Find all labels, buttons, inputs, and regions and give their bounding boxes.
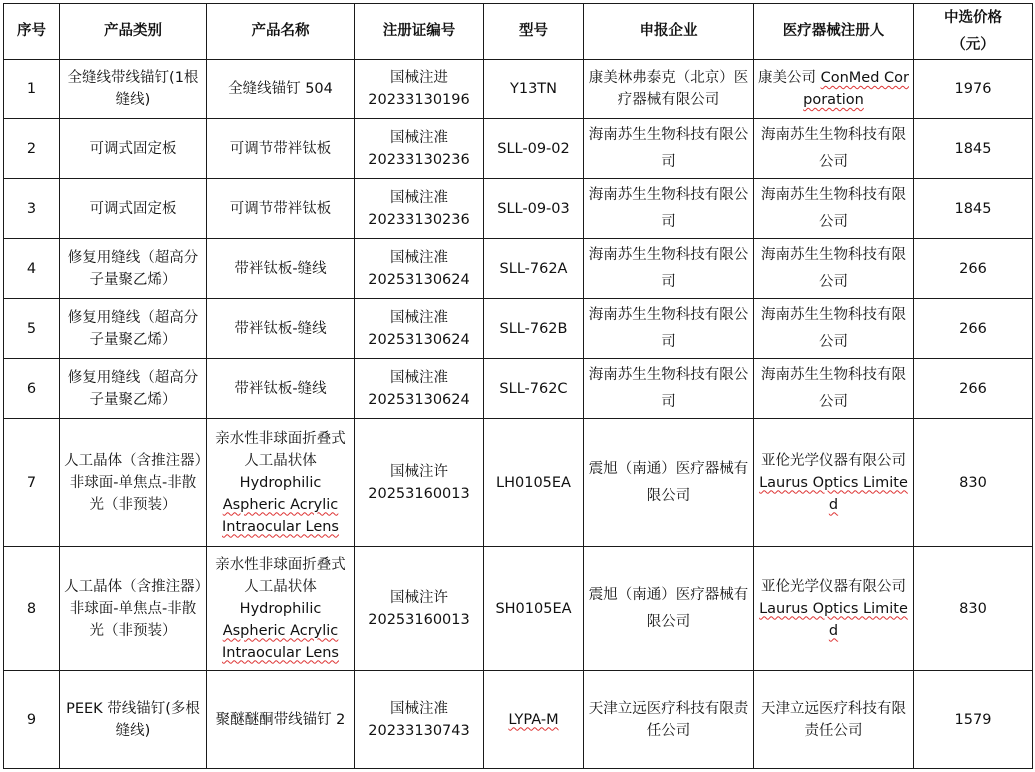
- cell-index: 7: [4, 419, 60, 547]
- cell-price: 1579: [914, 671, 1033, 769]
- header-index: 序号: [4, 4, 60, 60]
- model-value: LYPA-M: [508, 712, 558, 728]
- cell-product-name: 全缝线锚钉 504: [207, 60, 355, 119]
- cell-model: SLL-09-03: [484, 179, 584, 239]
- cell-category: 修复用缝线（超高分子量聚乙烯）: [60, 359, 207, 419]
- product-name-cn: 亲水性非球面折叠式人工晶状体: [211, 428, 350, 472]
- registrant-cn: 亚伦光学仪器有限公司: [758, 450, 909, 472]
- cell-registrant: 亚伦光学仪器有限公司 Laurus Optics Limited: [754, 419, 914, 547]
- cell-product-name: 可调节带袢钛板: [207, 119, 355, 179]
- header-price: 中选价格 （元）: [914, 4, 1033, 60]
- cell-reg-no: 国械注许 20253160013: [355, 419, 484, 547]
- cell-reg-no: 国械注准 20233130236: [355, 179, 484, 239]
- table-row: 3 可调式固定板 可调节带袢钛板 国械注准 20233130236 SLL-09…: [4, 179, 1033, 239]
- header-registrant: 医疗器械注册人: [754, 4, 914, 60]
- cell-product-name: 亲水性非球面折叠式人工晶状体 Hydrophilic Aspheric Acry…: [207, 419, 355, 547]
- cell-registrant: 亚伦光学仪器有限公司 Laurus Optics Limited: [754, 547, 914, 671]
- reg-no-number: 20233130236: [359, 149, 479, 171]
- cell-price: 266: [914, 239, 1033, 299]
- product-name-en-1: Hydrophilic: [211, 598, 350, 620]
- cell-product-name: 带袢钛板-缝线: [207, 359, 355, 419]
- cell-applicant: 震旭（南通）医疗器械有限公司: [584, 419, 754, 547]
- registrant-en: Laurus Optics Limited: [758, 598, 909, 642]
- reg-no-prefix: 国械注准: [359, 307, 479, 329]
- cell-registrant: 海南苏生生物科技有限公司: [754, 299, 914, 359]
- table-row: 2 可调式固定板 可调节带袢钛板 国械注准 20233130236 SLL-09…: [4, 119, 1033, 179]
- reg-no-prefix: 国械注准: [359, 187, 479, 209]
- cell-category: 全缝线带线锚钉(1根缝线): [60, 60, 207, 119]
- cell-applicant: 震旭（南通）医疗器械有限公司: [584, 547, 754, 671]
- reg-no-prefix: 国械注进: [359, 67, 479, 89]
- header-category: 产品类别: [60, 4, 207, 60]
- reg-no-prefix: 国械注许: [359, 587, 479, 609]
- cell-reg-no: 国械注进 20233130196: [355, 60, 484, 119]
- cell-category: PEEK 带线锚钉(多根缝线): [60, 671, 207, 769]
- cell-model: LYPA-M: [484, 671, 584, 769]
- cell-registrant: 海南苏生生物科技有限公司: [754, 179, 914, 239]
- cell-product-name: 亲水性非球面折叠式人工晶状体 Hydrophilic Aspheric Acry…: [207, 547, 355, 671]
- product-name-en-1: Hydrophilic: [211, 472, 350, 494]
- cell-model: Y13TN: [484, 60, 584, 119]
- product-name-en-3: Intraocular Lens: [211, 642, 350, 664]
- reg-no-prefix: 国械注准: [359, 127, 479, 149]
- cell-index: 2: [4, 119, 60, 179]
- reg-no-number: 20253160013: [359, 483, 479, 505]
- product-name-en-2: Aspheric Acrylic: [211, 620, 350, 642]
- header-row: 序号 产品类别 产品名称 注册证编号 型号 申报企业 医疗器械注册人 中选价格 …: [4, 4, 1033, 60]
- reg-no-number: 20253130624: [359, 389, 479, 411]
- cell-product-name: 聚醚醚酮带线锚钉 2: [207, 671, 355, 769]
- cell-price: 1845: [914, 119, 1033, 179]
- table-row: 9 PEEK 带线锚钉(多根缝线) 聚醚醚酮带线锚钉 2 国械注准 202331…: [4, 671, 1033, 769]
- cell-applicant: 海南苏生生物科技有限公司: [584, 119, 754, 179]
- cell-product-name: 带袢钛板-缝线: [207, 239, 355, 299]
- cell-price: 266: [914, 299, 1033, 359]
- header-reg-no: 注册证编号: [355, 4, 484, 60]
- cell-registrant: 海南苏生生物科技有限公司: [754, 239, 914, 299]
- table-row: 6 修复用缝线（超高分子量聚乙烯） 带袢钛板-缝线 国械注准 202531306…: [4, 359, 1033, 419]
- cell-model: SH0105EA: [484, 547, 584, 671]
- cell-model: LH0105EA: [484, 419, 584, 547]
- cell-applicant: 海南苏生生物科技有限公司: [584, 359, 754, 419]
- cell-applicant: 海南苏生生物科技有限公司: [584, 179, 754, 239]
- cell-model: SLL-09-02: [484, 119, 584, 179]
- registrant-cn: 亚伦光学仪器有限公司: [758, 576, 909, 598]
- product-name-en-2: Aspheric Acrylic: [211, 494, 350, 516]
- cell-applicant: 康美林弗泰克（北京）医疗器械有限公司: [584, 60, 754, 119]
- cell-price: 1845: [914, 179, 1033, 239]
- cell-product-name: 可调节带袢钛板: [207, 179, 355, 239]
- cell-model: SLL-762C: [484, 359, 584, 419]
- cell-category: 可调式固定板: [60, 179, 207, 239]
- cell-category: 修复用缝线（超高分子量聚乙烯）: [60, 299, 207, 359]
- cell-applicant: 天津立远医疗科技有限责任公司: [584, 671, 754, 769]
- cell-category: 人工晶体（含推注器）非球面-单焦点-非散光（非预装）: [60, 419, 207, 547]
- cell-category: 可调式固定板: [60, 119, 207, 179]
- header-model: 型号: [484, 4, 584, 60]
- product-name-cn: 亲水性非球面折叠式人工晶状体: [211, 554, 350, 598]
- reg-no-number: 20233130236: [359, 209, 479, 231]
- cell-reg-no: 国械注准 20233130743: [355, 671, 484, 769]
- reg-no-number: 20233130743: [359, 720, 479, 742]
- cell-reg-no: 国械注准 20253130624: [355, 299, 484, 359]
- cell-model: SLL-762A: [484, 239, 584, 299]
- cell-index: 5: [4, 299, 60, 359]
- reg-no-prefix: 国械注准: [359, 698, 479, 720]
- cell-index: 3: [4, 179, 60, 239]
- cell-applicant: 海南苏生生物科技有限公司: [584, 299, 754, 359]
- table-row: 1 全缝线带线锚钉(1根缝线) 全缝线锚钉 504 国械注进 202331301…: [4, 60, 1033, 119]
- cell-index: 1: [4, 60, 60, 119]
- cell-registrant: 天津立远医疗科技有限责任公司: [754, 671, 914, 769]
- cell-reg-no: 国械注准 20233130236: [355, 119, 484, 179]
- reg-no-number: 20253130624: [359, 329, 479, 351]
- cell-reg-no: 国械注许 20253160013: [355, 547, 484, 671]
- bid-results-table: 序号 产品类别 产品名称 注册证编号 型号 申报企业 医疗器械注册人 中选价格 …: [3, 3, 1033, 769]
- cell-model: SLL-762B: [484, 299, 584, 359]
- cell-registrant: 康美公司 ConMed Corporation: [754, 60, 914, 119]
- cell-price: 1976: [914, 60, 1033, 119]
- cell-category: 人工晶体（含推注器）非球面-单焦点-非散光（非预装）: [60, 547, 207, 671]
- cell-index: 6: [4, 359, 60, 419]
- product-name-en-3: Intraocular Lens: [211, 516, 350, 538]
- cell-index: 4: [4, 239, 60, 299]
- reg-no-number: 20253130624: [359, 269, 479, 291]
- cell-reg-no: 国械注准 20253130624: [355, 359, 484, 419]
- reg-no-number: 20233130196: [359, 89, 479, 111]
- cell-product-name: 带袢钛板-缝线: [207, 299, 355, 359]
- registrant-en: Laurus Optics Limited: [758, 472, 909, 516]
- reg-no-number: 20253160013: [359, 609, 479, 631]
- reg-no-prefix: 国械注准: [359, 247, 479, 269]
- cell-price: 830: [914, 419, 1033, 547]
- cell-price: 830: [914, 547, 1033, 671]
- reg-no-prefix: 国械注许: [359, 461, 479, 483]
- registrant-en: ConMed Corporation: [803, 70, 909, 108]
- reg-no-prefix: 国械注准: [359, 367, 479, 389]
- table-row: 7 人工晶体（含推注器）非球面-单焦点-非散光（非预装） 亲水性非球面折叠式人工…: [4, 419, 1033, 547]
- table-row: 8 人工晶体（含推注器）非球面-单焦点-非散光（非预装） 亲水性非球面折叠式人工…: [4, 547, 1033, 671]
- cell-applicant: 海南苏生生物科技有限公司: [584, 239, 754, 299]
- cell-price: 266: [914, 359, 1033, 419]
- header-price-line1: 中选价格: [918, 5, 1028, 32]
- cell-category: 修复用缝线（超高分子量聚乙烯）: [60, 239, 207, 299]
- registrant-cn: 康美公司: [758, 70, 816, 86]
- table-row: 4 修复用缝线（超高分子量聚乙烯） 带袢钛板-缝线 国械注准 202531306…: [4, 239, 1033, 299]
- cell-registrant: 海南苏生生物科技有限公司: [754, 119, 914, 179]
- cell-index: 8: [4, 547, 60, 671]
- cell-registrant: 海南苏生生物科技有限公司: [754, 359, 914, 419]
- header-price-line2: （元）: [918, 32, 1028, 59]
- header-applicant: 申报企业: [584, 4, 754, 60]
- table-row: 5 修复用缝线（超高分子量聚乙烯） 带袢钛板-缝线 国械注准 202531306…: [4, 299, 1033, 359]
- cell-index: 9: [4, 671, 60, 769]
- header-product-name: 产品名称: [207, 4, 355, 60]
- cell-reg-no: 国械注准 20253130624: [355, 239, 484, 299]
